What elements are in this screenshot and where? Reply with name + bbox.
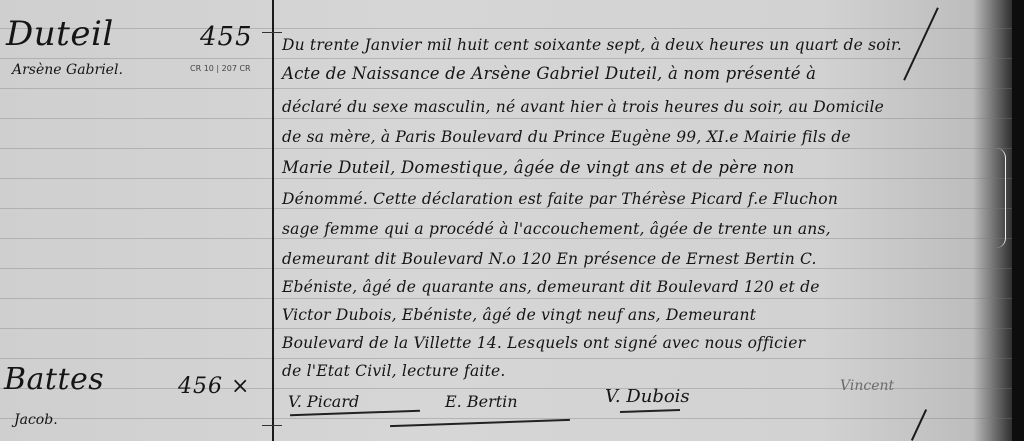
ruled-line [0, 58, 1024, 59]
record-body-line: de l'Etat Civil, lecture faite. [282, 362, 506, 380]
ruled-line [0, 298, 1024, 299]
ruled-line [0, 358, 1024, 359]
record-body-line: Du trente Janvier mil huit cent soixante… [282, 36, 902, 54]
register-page: Duteil Arsène Gabriel. 455 CR 10 | 207 C… [0, 0, 1024, 441]
record-body-line: déclaré du sexe masculin, né avant hier … [282, 98, 884, 116]
record-given-names: Arsène Gabriel. [12, 62, 123, 78]
record-body-line: Dénommé. Cette déclaration est faite par… [282, 190, 838, 208]
signature-flourish [390, 419, 570, 427]
record-body-line: Ebéniste, âgé de quarante ans, demeurant… [282, 278, 820, 296]
record-body-line: de sa mère, à Paris Boulevard du Prince … [282, 128, 851, 146]
record-body-line: sage femme qui a procédé à l'accouchemen… [282, 220, 831, 238]
record-annotation: CR 10 | 207 CR [190, 64, 251, 73]
record-body-line: Victor Dubois, Ebéniste, âgé de vingt ne… [282, 306, 756, 324]
record-given-names: Jacob. [14, 412, 58, 428]
ruled-line [0, 418, 1024, 419]
signature: E. Bertin [445, 392, 518, 411]
signature: V. Picard [288, 392, 359, 411]
ruled-line [0, 268, 1024, 269]
signature-flourish [620, 409, 680, 413]
record-number: 455 [200, 22, 253, 52]
record-body-line: Marie Duteil, Domestique, âgée de vingt … [282, 158, 794, 177]
correction-bracket [985, 148, 1006, 248]
ruled-line [0, 28, 1024, 29]
ruled-line [0, 118, 1024, 119]
record-body-line: demeurant dit Boulevard N.o 120 En prése… [282, 250, 817, 268]
ruled-line [0, 88, 1024, 89]
margin-rule [272, 0, 274, 441]
record-body-line: Boulevard de la Villette 14. Lesquels on… [282, 334, 805, 352]
page-binding-edge [1012, 0, 1024, 441]
margin-tick [262, 425, 282, 426]
ruled-line [0, 148, 1024, 149]
ruled-line [0, 208, 1024, 209]
signature: V. Dubois [605, 386, 690, 407]
record-surname: Battes [4, 362, 104, 397]
ruled-line [0, 178, 1024, 179]
paraph-mark [903, 7, 939, 80]
ruled-line [0, 328, 1024, 329]
record-number: 456 × [178, 374, 250, 399]
officer-signature: Vincent [840, 378, 894, 394]
paraph-mark [911, 409, 927, 441]
record-body-line: Acte de Naissance de Arsène Gabriel Dute… [282, 64, 816, 83]
record-surname: Duteil [6, 14, 114, 54]
ruled-line [0, 238, 1024, 239]
margin-tick [262, 32, 282, 33]
